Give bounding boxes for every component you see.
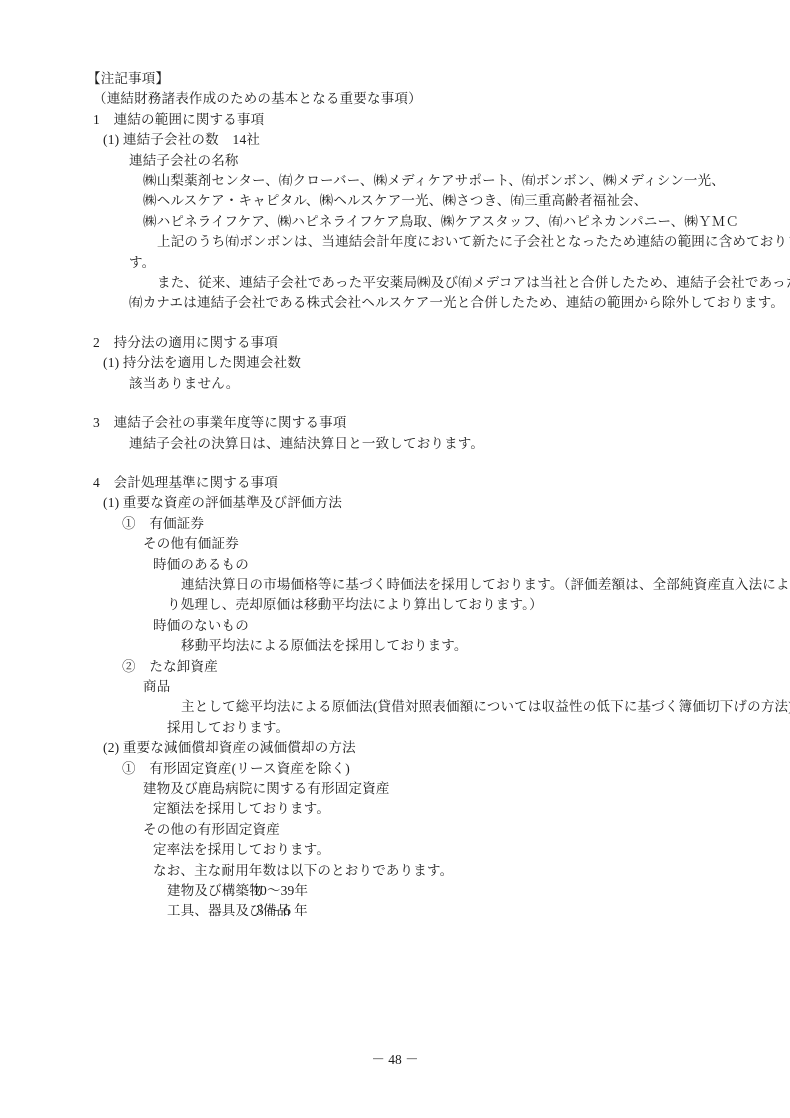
- document-line: ㈱山梨薬剤センター、㈲クローバー、㈱メディケアサポート、㈲ボンボン、㈱メディシン…: [143, 171, 767, 191]
- useful-life-item: 工具、器具及び備品: [167, 901, 253, 921]
- document-line: 建物及び鹿島病院に関する有形固定資産: [143, 779, 767, 799]
- document-line: 建物及び構築物10～39年: [167, 881, 767, 901]
- useful-life-years: ３～６年: [253, 903, 308, 918]
- document-line: ㈲カナエは連結子会社である株式会社ヘルスケア一光と合併したため、連結の範囲から除…: [129, 293, 767, 313]
- useful-life-years: 10～39年: [253, 883, 308, 898]
- document-line: (1) 連結子会社の数 14社: [103, 130, 767, 150]
- document-line: 定額法を採用しております。: [153, 799, 767, 819]
- document-line: 時価のあるもの: [153, 555, 767, 575]
- document-line: ① 有価証券: [122, 514, 767, 534]
- document-line: 該当ありません。: [129, 374, 767, 394]
- document-line: (2) 重要な減価償却資産の減価償却の方法: [103, 738, 767, 758]
- document-line: 時価のないもの: [153, 616, 767, 636]
- document-line: 商品: [143, 677, 767, 697]
- document-line: 2 持分法の適用に関する事項: [93, 333, 767, 353]
- page: { "page": { "background": "#ffffff", "te…: [0, 0, 790, 1118]
- document-line: 連結子会社の名称: [129, 151, 767, 171]
- document-line: 1 連結の範囲に関する事項: [93, 110, 767, 130]
- document-line: 移動平均法による原価法を採用しております。: [181, 636, 767, 656]
- document-line: また、従来、連結子会社であった平安薬局㈱及び㈲メデコアは当社と合併したため、連結…: [157, 273, 767, 293]
- document-line: ㈱ヘルスケア・キャピタル、㈱ヘルスケア一光、㈱さつき、㈲三重高齢者福祉会、: [143, 191, 767, 211]
- document-line: 3 連結子会社の事業年度等に関する事項: [93, 413, 767, 433]
- document-line: 【注記事項】: [87, 69, 767, 89]
- document-line: 連結決算日の市場価格等に基づく時価法を採用しております。（評価差額は、全部純資産…: [181, 575, 767, 595]
- document-line: ㈱ハピネライフケア、㈱ハピネライフケア鳥取、㈱ケアスタッフ、㈲ハピネカンパニー、…: [143, 212, 767, 232]
- document-line: 定率法を採用しております。: [153, 840, 767, 860]
- document-line: 連結子会社の決算日は、連結決算日と一致しております。: [129, 434, 767, 454]
- page-number: － 48 －: [0, 1050, 790, 1070]
- document-line: 主として総平均法による原価法(貸借対照表価額については収益性の低下に基づく簿価切…: [181, 697, 767, 717]
- document-line: 上記のうち㈲ボンボンは、当連結会計年度において新たに子会社となったため連結の範囲…: [157, 232, 767, 252]
- document-line: 採用しております。: [167, 718, 767, 738]
- notes-document: 【注記事項】（連結財務諸表作成のための基本となる重要な事項）1 連結の範囲に関す…: [87, 69, 767, 922]
- document-line: り処理し、売却原価は移動平均法により算出しております。）: [167, 595, 767, 615]
- document-line: （連結財務諸表作成のための基本となる重要な事項）: [93, 89, 767, 109]
- document-line: 4 会計処理基準に関する事項: [93, 473, 767, 493]
- document-line: (1) 重要な資産の評価基準及び評価方法: [103, 493, 767, 513]
- document-line: その他の有形固定資産: [143, 820, 767, 840]
- document-line: 工具、器具及び備品３～６年: [167, 901, 767, 921]
- document-line: す。: [129, 253, 767, 273]
- document-line: ① 有形固定資産(リース資産を除く): [122, 759, 767, 779]
- document-line: その他有価証券: [143, 534, 767, 554]
- document-line: ② たな卸資産: [122, 657, 767, 677]
- document-line: なお、主な耐用年数は以下のとおりであります。: [153, 861, 767, 881]
- document-line: (1) 持分法を適用した関連会社数: [103, 353, 767, 373]
- useful-life-item: 建物及び構築物: [167, 881, 253, 901]
